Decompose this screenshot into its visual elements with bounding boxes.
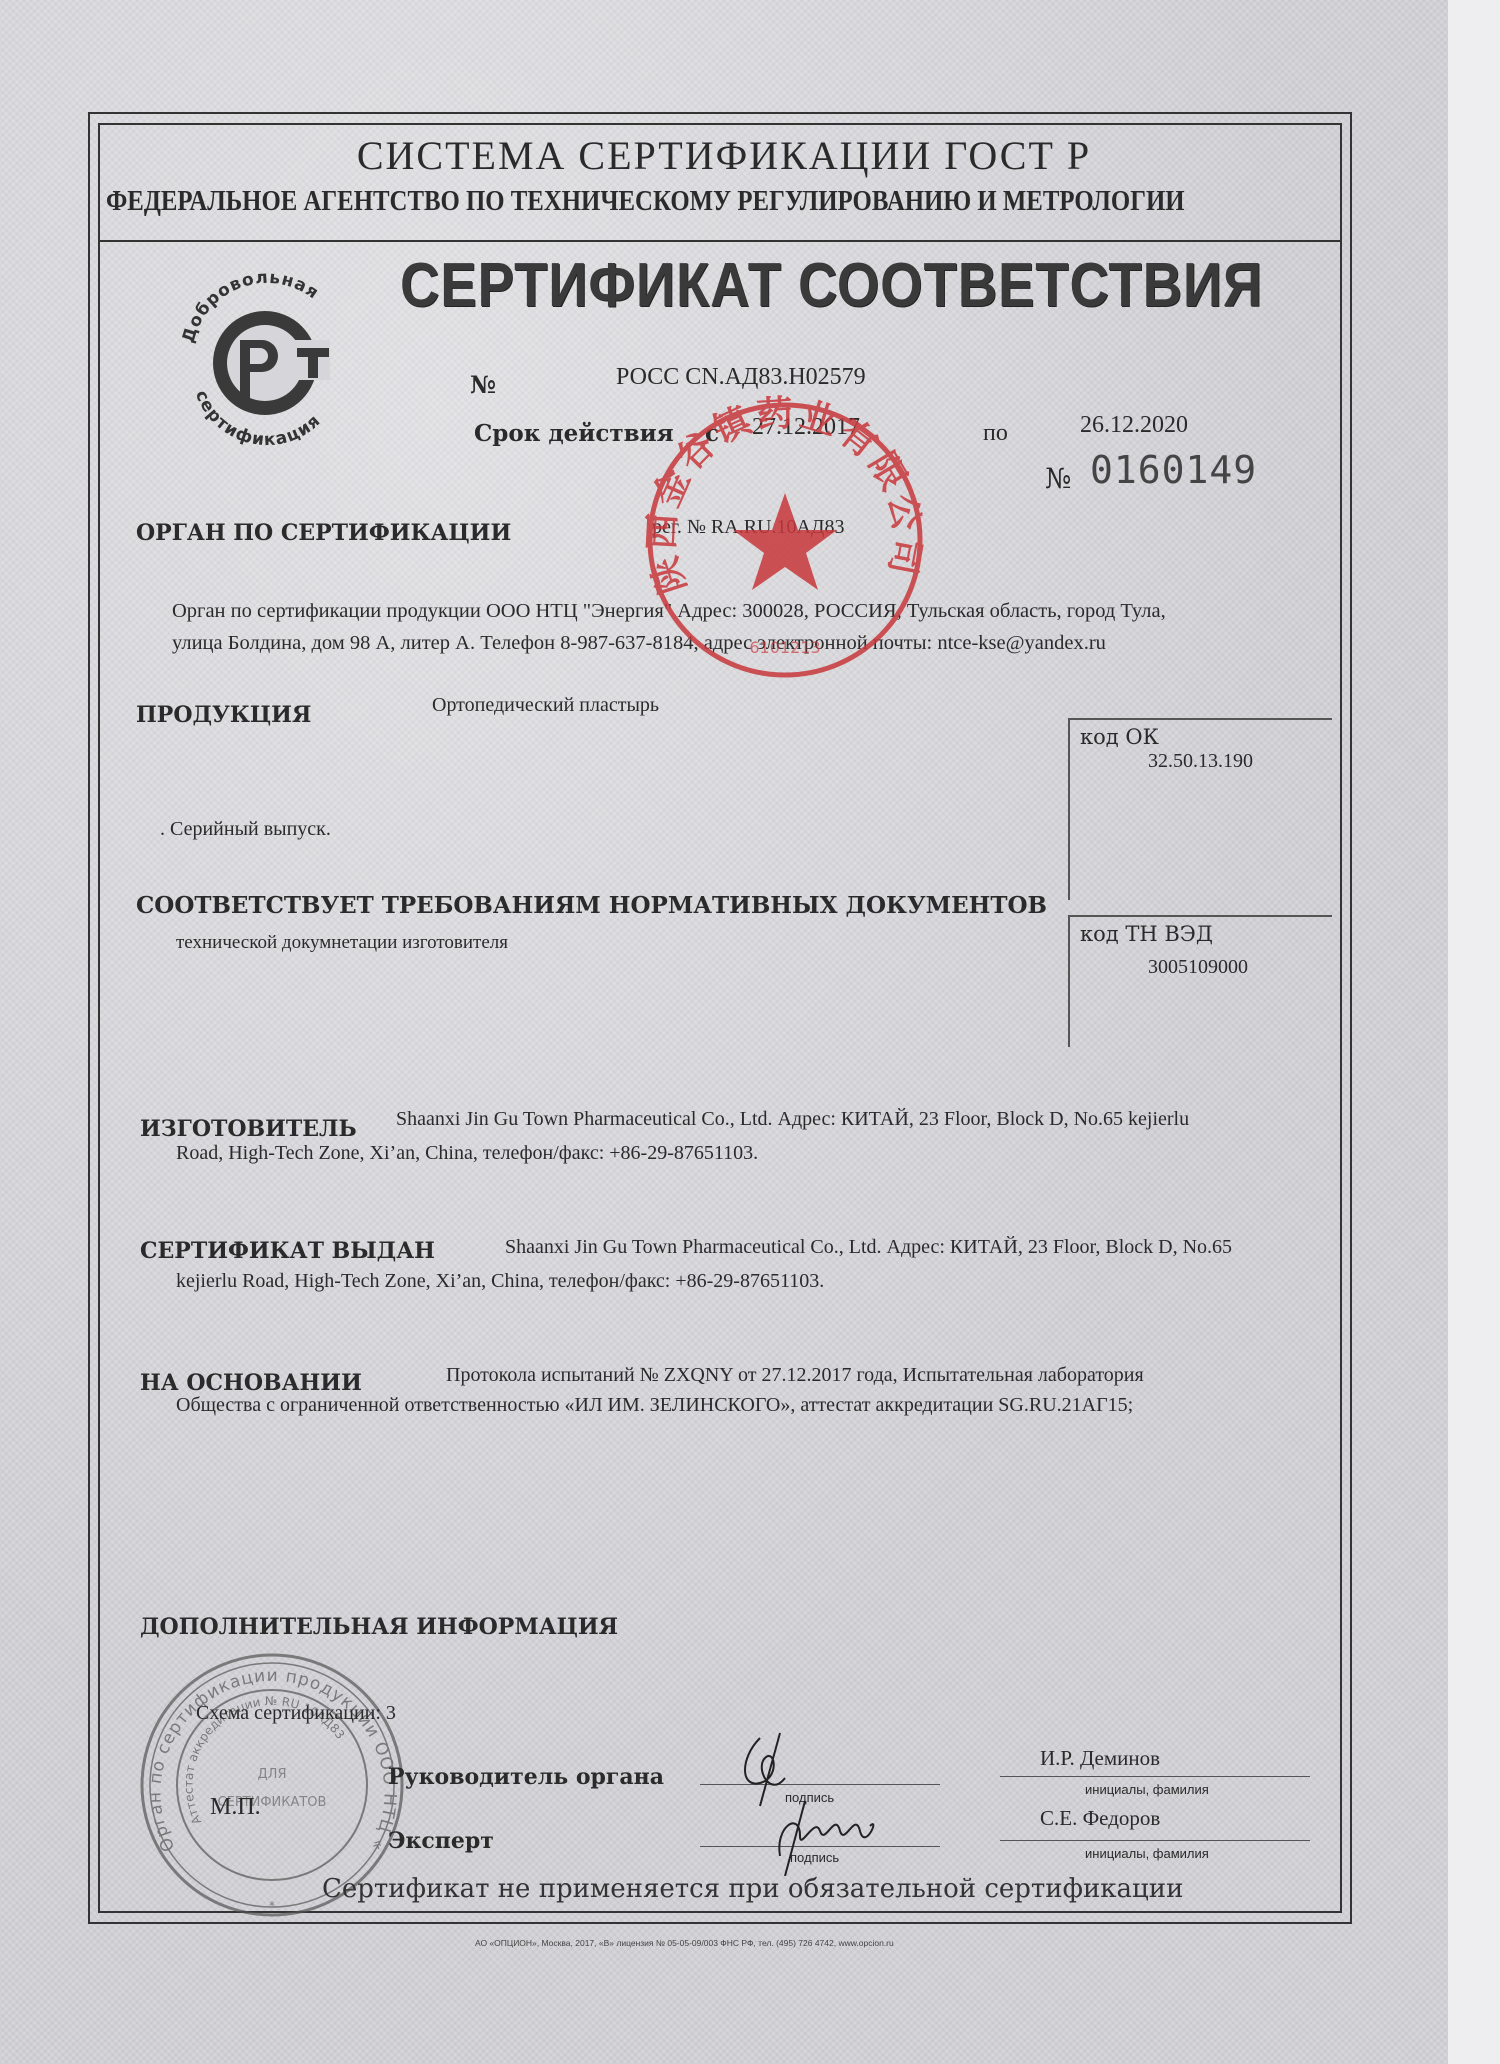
printer-footer: АО «ОПЦИОН», Москва, 2017, «В» лицензия …	[475, 1938, 894, 1948]
svg-text:ДЛЯ: ДЛЯ	[258, 1767, 287, 1782]
tnved-code-label: код ТН ВЭД	[1080, 922, 1213, 946]
scanner-background	[1448, 0, 1500, 2064]
basis-label: НА ОСНОВАНИИ	[140, 1370, 362, 1396]
expert-signature-caption: подпись	[790, 1850, 839, 1865]
manufacturer-line2: Road, High-Tech Zone, Xi’an, China, теле…	[176, 1142, 758, 1165]
blank-number: 0160149	[1090, 448, 1257, 492]
conformity-label: СООТВЕТСТВУЕТ ТРЕБОВАНИЯМ НОРМАТИВНЫХ ДО…	[136, 892, 1047, 919]
certification-scheme: Схема сертификации: 3	[196, 1702, 396, 1725]
expert-name-caption: инициалы, фамилия	[1085, 1846, 1209, 1861]
certification-body-line2: улица Болдина, дом 98 А, литер А. Телефо…	[172, 632, 1106, 655]
agency-title: ФЕДЕРАЛЬНОЕ АГЕНТСТВО ПО ТЕХНИЧЕСКОМУ РЕ…	[106, 186, 1176, 218]
valid-to-date: 26.12.2020	[1080, 412, 1188, 439]
mandatory-certification-notice: Сертификат не применяется при обязательн…	[322, 1874, 1183, 1904]
manufacturer-label: ИЗГОТОВИТЕЛЬ	[140, 1116, 357, 1142]
ok-code-value: 32.50.13.190	[1148, 750, 1253, 773]
ok-code-label: код ОК	[1080, 725, 1159, 749]
issued-to-line2: kejierlu Road, High-Tech Zone, Xi’an, Ch…	[176, 1270, 824, 1293]
header-divider	[98, 240, 1340, 242]
blank-number-label: №	[1045, 462, 1072, 495]
product-label: ПРОДУКЦИЯ	[136, 702, 311, 728]
expert-name: С.Е. Федоров	[1040, 1806, 1160, 1831]
head-name: И.Р. Деминов	[1040, 1746, 1160, 1771]
head-of-body-label: Руководитель органа	[388, 1764, 664, 1790]
tnved-code-value: 3005109000	[1148, 956, 1248, 979]
basis-line1: Протокола испытаний № ZXQNY от 27.12.201…	[446, 1364, 1144, 1387]
head-name-caption: инициалы, фамилия	[1085, 1782, 1209, 1797]
head-name-line	[1000, 1776, 1310, 1777]
expert-name-line	[1000, 1840, 1310, 1841]
certificate-title: СЕРТИФИКАТ СООТВЕТСТВИЯ	[400, 250, 1263, 321]
product-name: Ортопедический пластырь	[432, 694, 659, 717]
product-release: . Серийный выпуск.	[160, 818, 331, 841]
seal-place-label: М.П.	[210, 1794, 261, 1821]
conformity-value: технической докумнетации изготовителя	[176, 932, 508, 954]
certification-body-label: ОРГАН ПО СЕРТИФИКАЦИИ	[136, 520, 511, 546]
to-label: по	[983, 420, 1008, 447]
system-title: СИСТЕМА СЕРТИФИКАЦИИ ГОСТ Р	[0, 132, 1448, 179]
svg-text:*: *	[269, 1899, 275, 1913]
number-label: №	[470, 370, 496, 399]
basis-line2: Общества с ограниченной ответственностью…	[176, 1394, 1133, 1417]
issued-to-line1: Shaanxi Jin Gu Town Pharmaceutical Co., …	[505, 1236, 1232, 1259]
certificate-number: РОСС CN.АД83.Н02579	[616, 364, 866, 391]
issued-to-label: СЕРТИФИКАТ ВЫДАН	[140, 1238, 435, 1264]
manufacturer-line1: Shaanxi Jin Gu Town Pharmaceutical Co., …	[396, 1108, 1189, 1131]
additional-info-label: ДОПОЛНИТЕЛЬНАЯ ИНФОРМАЦИЯ	[140, 1614, 618, 1640]
svg-text:6101213: 6101213	[749, 638, 820, 657]
red-company-seal-icon: 陕西金谷镇药业有限公司 6101213	[640, 395, 930, 685]
expert-label: Эксперт	[388, 1828, 494, 1854]
rst-logo-icon: Добровольная сертификация	[170, 260, 360, 450]
